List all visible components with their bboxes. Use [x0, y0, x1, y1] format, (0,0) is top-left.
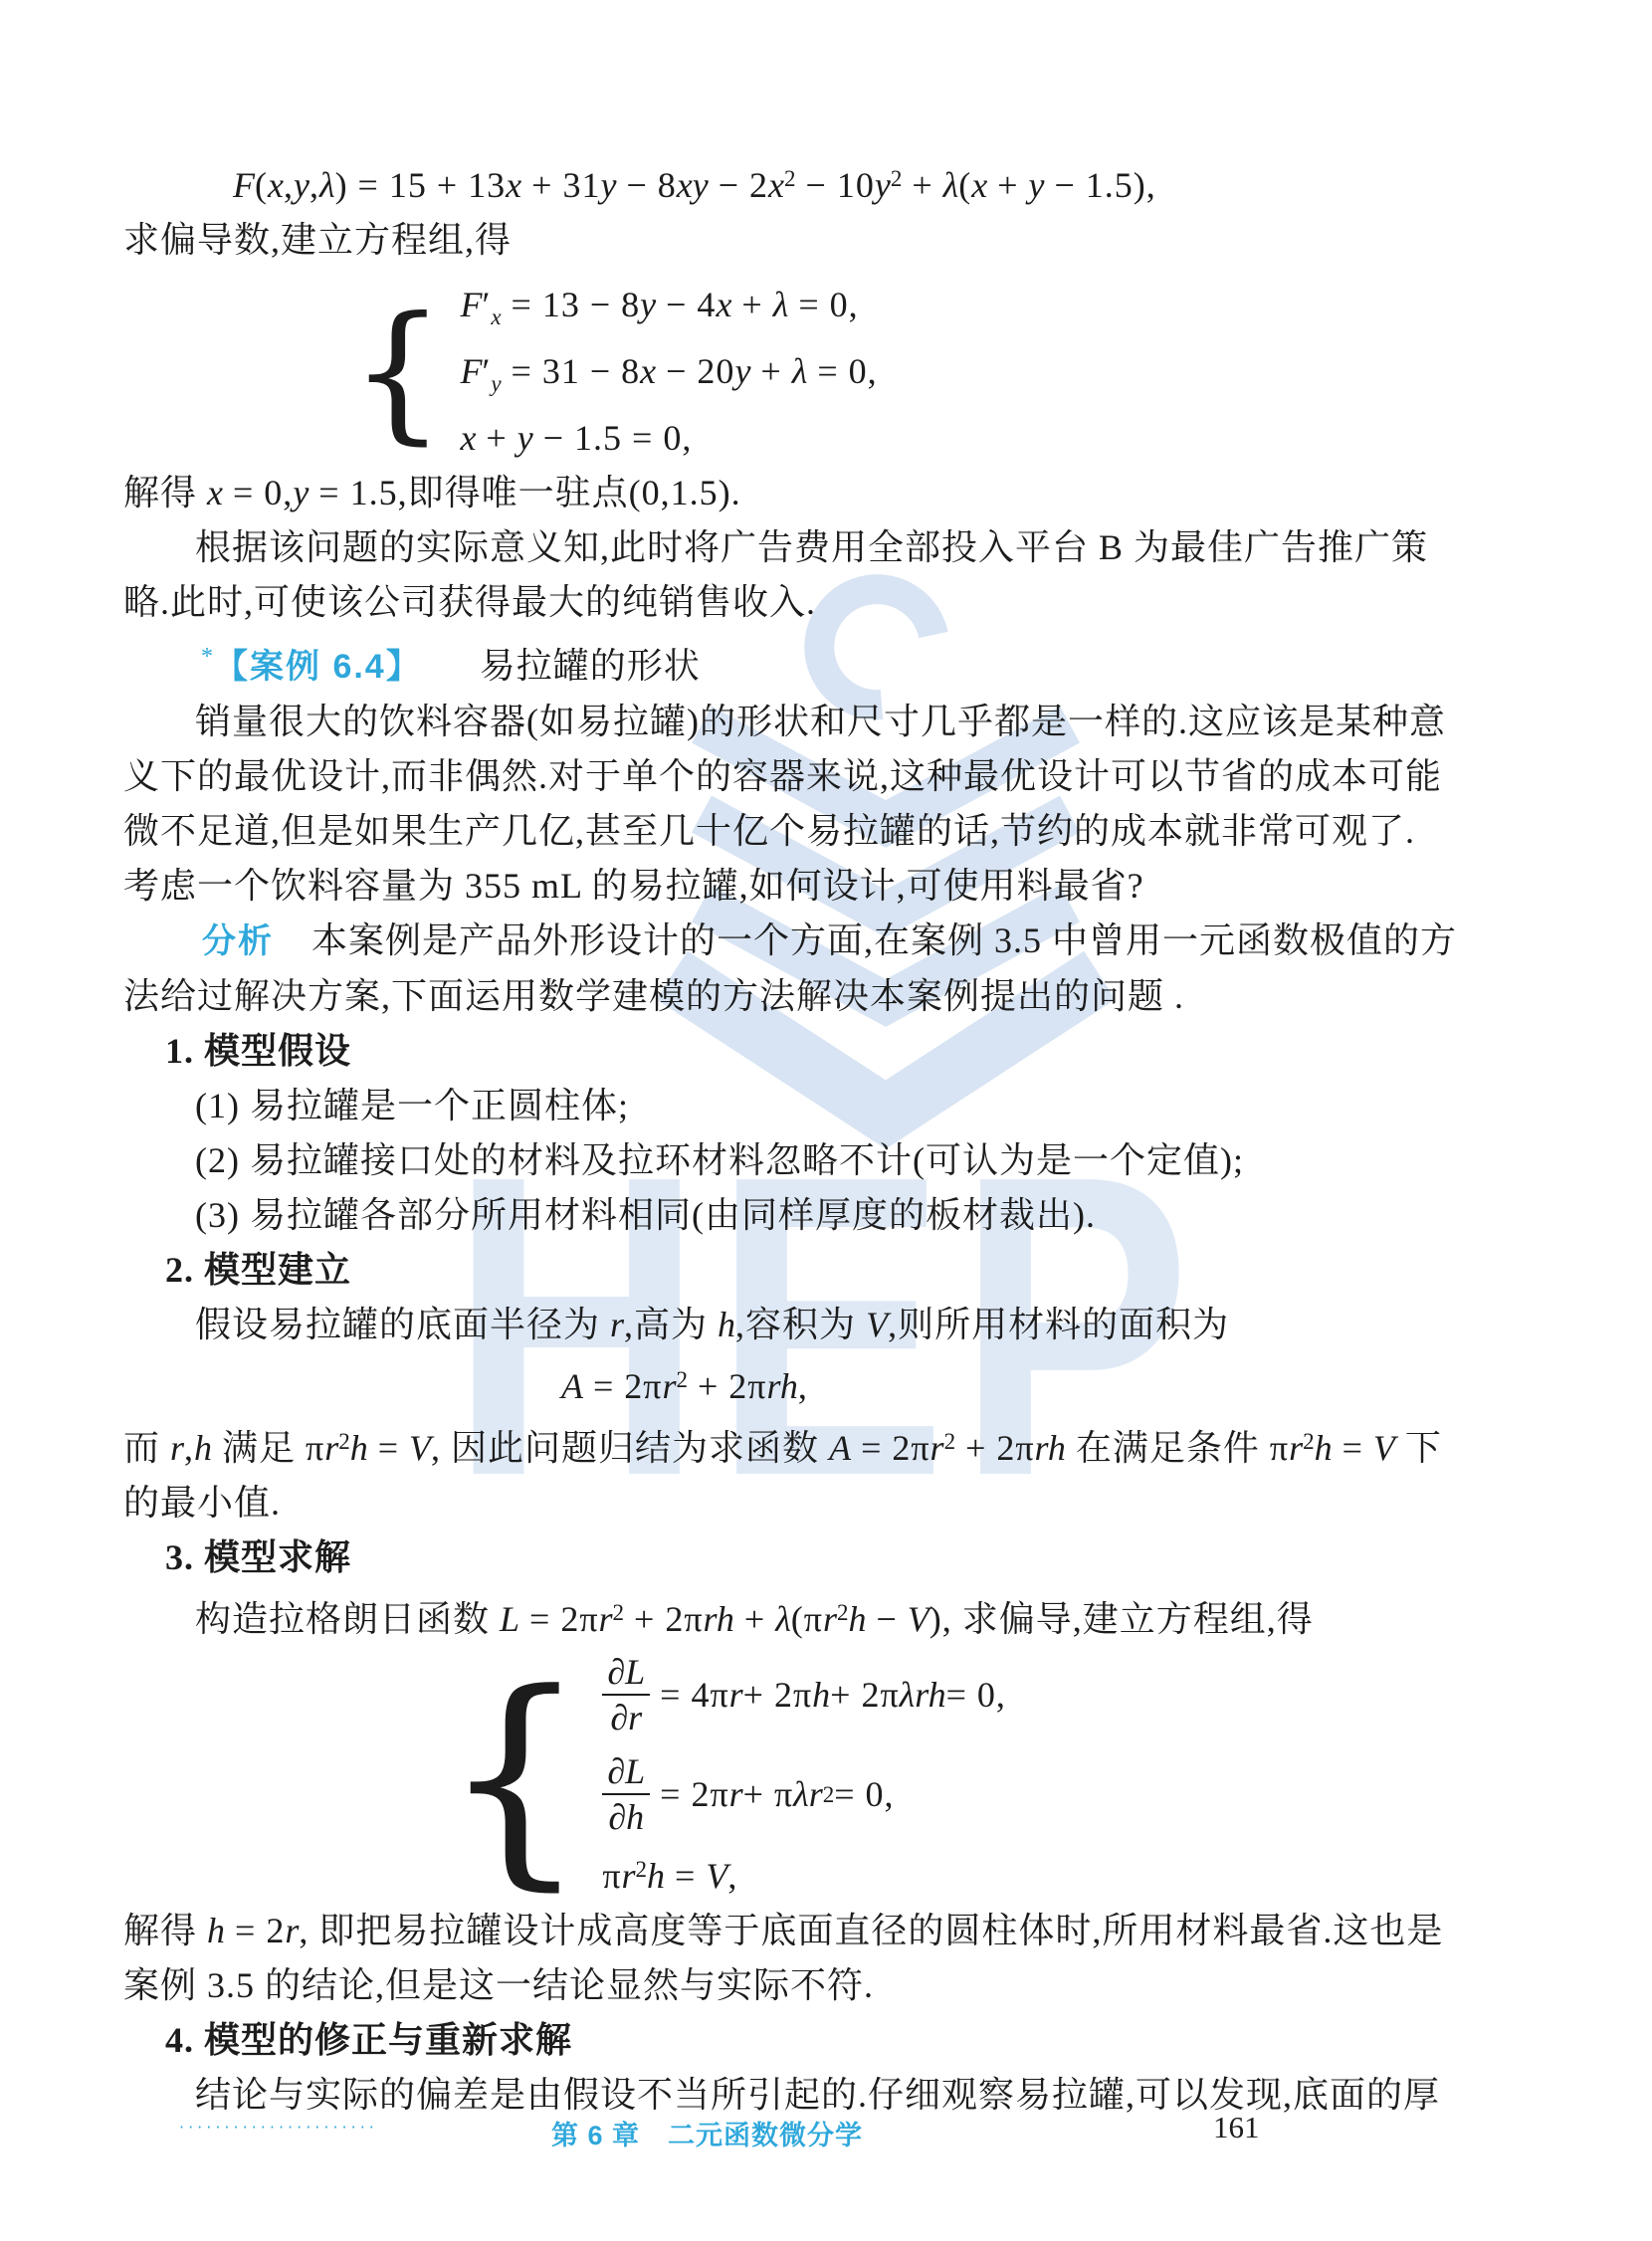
- analysis-label: 分析: [202, 922, 274, 960]
- paragraph-conclusion-line-1: 根据该问题的实际意义知,此时将广告费用全部投入平台 B 为最佳广告推广策: [123, 520, 1529, 575]
- system2-row-3: πr2h = V,: [602, 1842, 1006, 1904]
- equation-lagrange-F: F(x,y,λ) = 15 + 13x + 31y − 8xy − 2x2 − …: [233, 151, 1529, 213]
- system1-row-2: F′y = 31 − 8x − 20y + λ = 0,: [460, 344, 877, 411]
- footer-chapter-title: 第 6 章 二元函数微分学: [551, 2114, 863, 2152]
- case-paragraph-line-1: 销量很大的饮料容器(如易拉罐)的形状和尺寸几乎都是一样的.这应该是某种意: [123, 695, 1529, 749]
- heading-model-building: 2. 模型建立: [123, 1243, 1529, 1298]
- line-lagrange-construction: 构造拉格朗日函数 L = 2πr2 + 2πrh + λ(πr2h − V), …: [123, 1585, 1529, 1647]
- heading-model-assumptions: 1. 模型假设: [123, 1024, 1529, 1079]
- case-paragraph-line-2: 义下的最优设计,而非偶然.对于单个的容器来说,这种最优设计可以节省的成本可能: [123, 749, 1529, 804]
- case-paragraph-line-4: 考虑一个饮料容量为 355 mL 的易拉罐,如何设计,可使用料最省?: [123, 859, 1529, 914]
- page-content: F(x,y,λ) = 15 + 13x + 31y − 8xy − 2x2 − …: [0, 0, 1652, 2123]
- equation-system-1: { F′x = 13 − 8y − 4x + λ = 0, F′y = 31 −…: [350, 278, 1529, 466]
- left-brace: {: [442, 1664, 588, 1893]
- footer-page-number: 161: [1213, 2110, 1260, 2145]
- line-partial-derivatives: 求偏导数,建立方程组,得: [123, 213, 1529, 268]
- analysis-line-1: 分析本案例是产品外形设计的一个方面,在案例 3.5 中曾用一元函数极值的方: [123, 914, 1529, 969]
- case-star-marker: *: [201, 644, 214, 670]
- line-constraint: 而 r,h 满足 πr2h = V, 因此问题归结为求函数 A = 2πr2 +…: [123, 1414, 1529, 1476]
- system2-row-2: ∂L∂h = 2πr + πλr2 = 0,: [602, 1752, 1006, 1836]
- system2-row-1: ∂L∂r = 4πr + 2πh + 2πλrh = 0,: [602, 1653, 1006, 1736]
- heading-model-revision: 4. 模型的修正与重新求解: [123, 2013, 1529, 2068]
- equation-system-2: { ∂L∂r = 4πr + 2πh + 2πλrh = 0, ∂L∂h = 2…: [442, 1653, 1529, 1904]
- system1-row-1: F′x = 13 − 8y − 4x + λ = 0,: [460, 278, 877, 344]
- paragraph-conclusion-line-2: 略.此时,可使该公司获得最大的纯销售收入.: [123, 575, 1529, 630]
- case-label: 【案例 6.4】: [214, 648, 422, 686]
- assumption-item-3: (3) 易拉罐各部分所用材料相同(由同样厚度的板材裁出).: [123, 1188, 1529, 1243]
- equation-area: A = 2πr2 + 2πrh,: [561, 1352, 1529, 1414]
- system1-row-3: x + y − 1.5 = 0,: [460, 411, 877, 466]
- case-6-4-heading: *【案例 6.4】易拉罐的形状: [123, 630, 1529, 695]
- analysis-line-2: 法给过解决方案,下面运用数学建模的方法解决本案例提出的问题 .: [123, 969, 1529, 1024]
- heading-model-solving: 3. 模型求解: [123, 1530, 1529, 1585]
- footer-dotted-line: ······················: [179, 2118, 378, 2137]
- line-solution-1: 解得 x = 0,y = 1.5,即得唯一驻点(0,1.5).: [123, 466, 1529, 520]
- page-footer: ······················ 第 6 章 二元函数微分学 161: [123, 2108, 1529, 2155]
- left-brace: {: [350, 298, 446, 447]
- line-model-setup: 假设易拉罐的底面半径为 r,高为 h,容积为 V,则所用材料的面积为: [123, 1298, 1529, 1352]
- textbook-page: { "colors": { "accent": "#2ea7db", "wate…: [0, 0, 1652, 2241]
- assumption-item-2: (2) 易拉罐接口处的材料及拉环材料忽略不计(可认为是一个定值);: [123, 1133, 1529, 1188]
- assumption-item-1: (1) 易拉罐是一个正圆柱体;: [123, 1079, 1529, 1133]
- line-case-3-5-reference: 案例 3.5 的结论,但是这一结论显然与实际不符.: [123, 1958, 1529, 2013]
- line-minimum: 的最小值.: [123, 1476, 1529, 1530]
- case-title: 易拉罐的形状: [422, 646, 701, 686]
- case-paragraph-line-3: 微不足道,但是如果生产几亿,甚至几十亿个易拉罐的话,节约的成本就非常可观了.: [123, 804, 1529, 859]
- analysis-text-1: 本案例是产品外形设计的一个方面,在案例 3.5 中曾用一元函数极值的方: [274, 920, 1457, 960]
- line-solution-2: 解得 h = 2r, 即把易拉罐设计成高度等于底面直径的圆柱体时,所用材料最省.…: [123, 1904, 1529, 1958]
